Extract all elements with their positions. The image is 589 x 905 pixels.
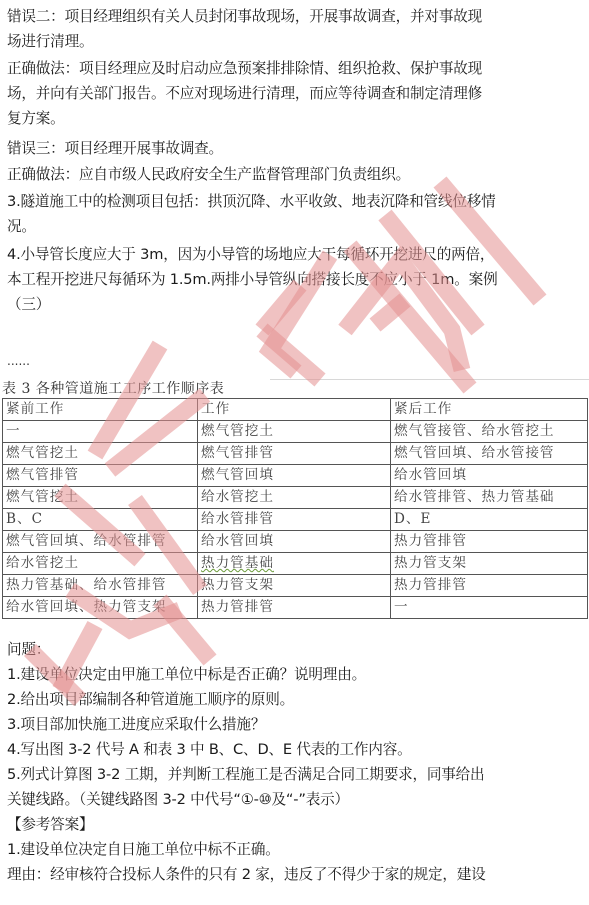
cell-successor: 热力管排管 [391, 575, 588, 597]
cell-successor: 热力管支架 [391, 553, 588, 575]
text-line: 本工程开挖进尺每循环为 1.5m.两排小导管纵向搭接长度不应小于 1m。案例 [7, 267, 585, 292]
table-row: 燃气管排管 燃气管回填 给水管回填 [3, 465, 588, 487]
table-row: 给水管挖土 热力管基础 热力管支架 [3, 553, 588, 575]
text-line: 4.小导管长度应大于 3m，因为小导管的场地应大干每循环开挖进尺的两倍， [7, 242, 585, 267]
question-item: 3.项目部加快施工进度应采取什么措施？ [7, 712, 585, 737]
text-line: （三） [7, 292, 585, 317]
questions-title: 问题： [7, 637, 585, 662]
cell-work: 给水管排管 [198, 509, 391, 531]
cell-work: 燃气管回填 [198, 465, 391, 487]
question-item: 5.列式计算图 3-2 工期，并判断工程施工是否满足合同工期要求，同事给出 [7, 762, 585, 787]
cell-successor: 给水管回填 [391, 465, 588, 487]
text-line: 场进行清理。 [7, 29, 585, 54]
cell-successor: 燃气管回填、给水管接管 [391, 443, 588, 465]
header-successor: 紧后工作 [391, 399, 588, 421]
paragraph-correct-practice-two: 正确做法：应自市级人民政府安全生产监督管理部门负责组织。 [7, 162, 585, 187]
cell-work: 给水管挖土 [198, 487, 391, 509]
paragraph-item-3: 3.隧道施工中的检测项目包括：拱顶沉降、水平收敛、地表沉降和管线位移情 况。 [7, 189, 585, 239]
answer-line: 理由：经审核符合投标人条件的只有 2 家，违反了不得少于家的规定，建设 [7, 862, 585, 887]
text-line: 错误二：项目经理组织有关人员封闭事故现场，开展事故调查，并对事故现 [7, 4, 585, 29]
table-row: 燃气管挖土 燃气管排管 燃气管回填、给水管接管 [3, 443, 588, 465]
table-row: 热力管基础、给水管排管 热力管支架 热力管排管 [3, 575, 588, 597]
cell-predecessor: 一 [3, 421, 198, 443]
table-row: 燃气管回填、给水管排管 给水管回填 热力管排管 [3, 531, 588, 553]
cell-work: 给水管回填 [198, 531, 391, 553]
cell-predecessor: 给水管挖土 [3, 553, 198, 575]
table-row: 给水管回填、热力管支架 热力管排管 一 [3, 597, 588, 619]
table-header-row: 紧前工作 工作 紧后工作 [3, 399, 588, 421]
cell-successor: 一 [391, 597, 588, 619]
cell-work: 热力管排管 [198, 597, 391, 619]
cell-predecessor: B、C [3, 509, 198, 531]
text-line: 错误三：项目经理开展事故调查。 [7, 136, 585, 161]
cell-predecessor: 燃气管回填、给水管排管 [3, 531, 198, 553]
cell-predecessor: 燃气管挖土 [3, 487, 198, 509]
text-line: 况。 [7, 214, 585, 239]
cell-successor: D、E [391, 509, 588, 531]
cell-successor: 燃气管接管、给水管挖土 [391, 421, 588, 443]
question-item: 1.建设单位决定由甲施工单位中标是否正确？说明理由。 [7, 662, 585, 687]
answers-section: 【参考答案】 1.建设单位决定自日施工单位中标不正确。 理由：经审核符合投标人条… [7, 812, 585, 887]
questions-section: 问题： 1.建设单位决定由甲施工单位中标是否正确？说明理由。 2.给出项目部编制… [7, 637, 585, 812]
table-row: 燃气管挖土 给水管挖土 给水管排管、热力管基础 [3, 487, 588, 509]
cell-predecessor: 热力管基础、给水管排管 [3, 575, 198, 597]
cell-work: 燃气管排管 [198, 443, 391, 465]
table-caption: 表 3 各种管道施工工序工作顺序表 [2, 378, 224, 398]
text-line: 复方案。 [7, 106, 585, 131]
table-row: B、C 给水管排管 D、E [3, 509, 588, 531]
answers-title: 【参考答案】 [7, 812, 585, 837]
text-line: 正确做法：项目经理应及时启动应急预案排排除情、组织抢救、保护事故现 [7, 56, 585, 81]
cell-predecessor: 燃气管排管 [3, 465, 198, 487]
header-work: 工作 [198, 399, 391, 421]
text-line: 正确做法：应自市级人民政府安全生产监督管理部门负责组织。 [7, 162, 585, 187]
question-item: 2.给出项目部编制各种管道施工顺序的原则。 [7, 687, 585, 712]
question-item: 关键线路。（关键线路图 3-2 中代号“①-⑩及“-”表示） [7, 787, 585, 812]
question-item: 4.写出图 3-2 代号 A 和表 3 中 B、C、D、E 代表的工作内容。 [7, 737, 585, 762]
cell-predecessor: 燃气管挖土 [3, 443, 198, 465]
table-row: 一 燃气管挖土 燃气管接管、给水管挖土 [3, 421, 588, 443]
paragraph-correct-practice-one: 正确做法：项目经理应及时启动应急预案排排除情、组织抢救、保护事故现 场，并向有关… [7, 56, 585, 131]
paragraph-item-4: 4.小导管长度应大于 3m，因为小导管的场地应大干每循环开挖进尺的两倍， 本工程… [7, 242, 585, 317]
ellipsis: ...... [7, 354, 30, 368]
text-line: 3.隧道施工中的检测项目包括：拱顶沉降、水平收敛、地表沉降和管线位移情 [7, 189, 585, 214]
cell-successor: 热力管排管 [391, 531, 588, 553]
paragraph-error-three: 错误三：项目经理开展事故调查。 [7, 136, 585, 161]
work-sequence-table: 紧前工作 工作 紧后工作 一 燃气管挖土 燃气管接管、给水管挖土 燃气管挖土 燃… [2, 398, 588, 619]
header-predecessor: 紧前工作 [3, 399, 198, 421]
paragraph-error-two: 错误二：项目经理组织有关人员封闭事故现场，开展事故调查，并对事故现 场进行清理。 [7, 4, 585, 54]
cell-work: 热力管支架 [198, 575, 391, 597]
cell-work: 燃气管挖土 [198, 421, 391, 443]
cell-predecessor: 给水管回填、热力管支架 [3, 597, 198, 619]
text-line: 场，并向有关部门报告。不应对现场进行清理，而应等待调查和制定清理修 [7, 81, 585, 106]
cell-work: 热力管基础 [198, 553, 391, 575]
divider [270, 379, 589, 380]
answer-line: 1.建设单位决定自日施工单位中标不正确。 [7, 837, 585, 862]
cell-successor: 给水管排管、热力管基础 [391, 487, 588, 509]
